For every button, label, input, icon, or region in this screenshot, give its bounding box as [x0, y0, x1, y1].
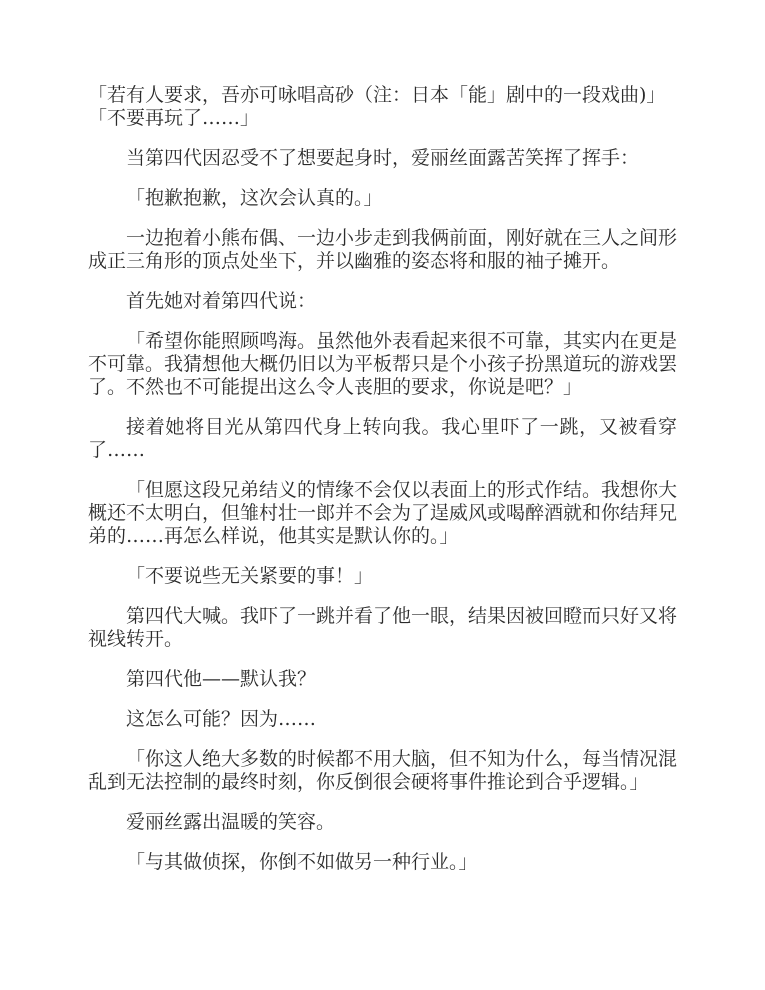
paragraph: 接着她将目光从第四代身上转向我。我心里吓了一跳，又被看穿了…… [88, 416, 677, 462]
paragraph: 第四代他——默认我？ [88, 668, 677, 691]
paragraph: 一边抱着小熊布偶、一边小步走到我俩前面，刚好就在三人之间形成正三角形的顶点处坐下… [88, 227, 677, 273]
paragraph: 「你这人绝大多数的时候都不用大脑，但不知为什么，每当情况混乱到无法控制的最终时刻… [88, 748, 677, 794]
body-paragraphs: 当第四代因忍受不了想要起身时，爱丽丝面露苦笑挥了挥手： 「抱歉抱歉，这次会认真的… [88, 147, 677, 874]
text-column: 「若有人要求，吾亦可咏唱高砂（注：日本「能」剧中的一段戏曲)」 「不要再玩了……… [88, 84, 677, 874]
paragraph: 第四代大喊。我吓了一跳并看了他一眼，结果因被回瞪而只好又将视线转开。 [88, 605, 677, 651]
dialogue-line: 「不要再玩了……」 [88, 107, 677, 130]
paragraph: 首先她对着第四代说： [88, 290, 677, 313]
paragraph: 这怎么可能？因为…… [88, 708, 677, 731]
paragraph: 当第四代因忍受不了想要起身时，爱丽丝面露苦笑挥了挥手： [88, 147, 677, 170]
paragraph: 「希望你能照顾鸣海。虽然他外表看起来很不可靠，其实内在更是不可靠。我猜想他大概仍… [88, 330, 677, 399]
paragraph: 爱丽丝露出温暖的笑容。 [88, 811, 677, 834]
paragraph: 「但愿这段兄弟结义的情缘不会仅以表面上的形式作结。我想你大概还不太明白，但雏村壮… [88, 479, 677, 548]
dialogue-line: 「若有人要求，吾亦可咏唱高砂（注：日本「能」剧中的一段戏曲)」 [88, 84, 677, 107]
paragraph: 「不要说些无关紧要的事！」 [88, 565, 677, 588]
opening-lines: 「若有人要求，吾亦可咏唱高砂（注：日本「能」剧中的一段戏曲)」 「不要再玩了……… [88, 84, 677, 130]
document-page: 「若有人要求，吾亦可咏唱高砂（注：日本「能」剧中的一段戏曲)」 「不要再玩了……… [0, 0, 765, 990]
paragraph: 「抱歉抱歉，这次会认真的。」 [88, 187, 677, 210]
paragraph: 「与其做侦探，你倒不如做另一种行业。」 [88, 851, 677, 874]
